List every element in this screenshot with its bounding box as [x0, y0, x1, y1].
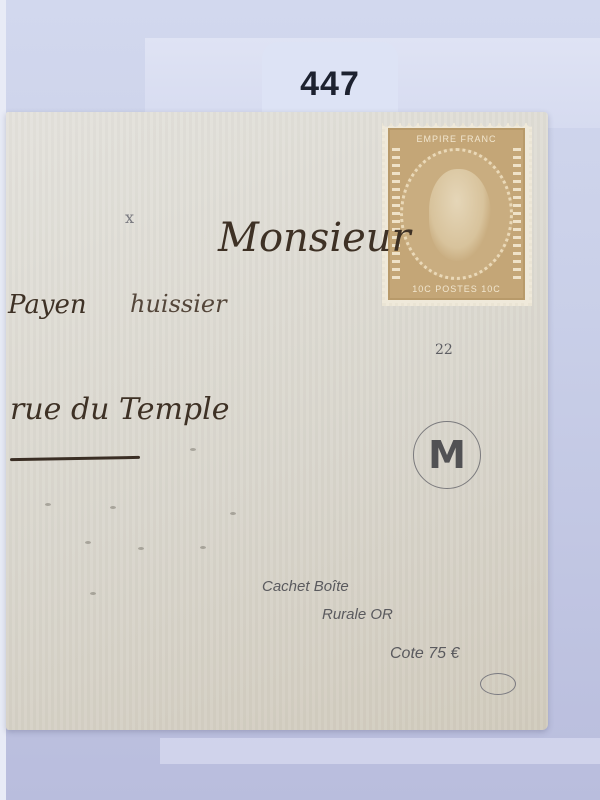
- stamp-bottom-inscription: 10C POSTES 10C: [404, 282, 509, 296]
- stamp-top-inscription: EMPIRE FRANC: [404, 132, 509, 146]
- pin-hole: [138, 547, 144, 550]
- pencil-note-line1: Cachet Boîte: [262, 578, 349, 595]
- lot-number: 447: [300, 65, 360, 104]
- pin-hole: [230, 512, 236, 515]
- pin-hole: [90, 592, 96, 595]
- pencil-x-mark: x: [125, 208, 134, 227]
- pin-hole: [85, 541, 91, 544]
- cachet-letter: M: [428, 433, 466, 477]
- address-street: rue du Temple: [10, 392, 229, 427]
- postage-stamp: EMPIRE FRANC 10C POSTES 10C: [388, 128, 525, 300]
- portrait-head-icon: [429, 169, 491, 261]
- stamp-medallion: [400, 148, 513, 280]
- pencil-note-line2: Rurale OR: [322, 606, 393, 623]
- pin-hole: [190, 448, 196, 451]
- pencil-number: 22: [435, 342, 453, 358]
- rural-box-cachet: M: [413, 421, 481, 489]
- salutation-text: Monsieur: [218, 215, 411, 261]
- sleeve-bottom-strip: [160, 738, 600, 764]
- pin-hole: [200, 546, 206, 549]
- pencil-note-line3: Cote 75 €: [390, 645, 459, 663]
- pin-hole: [110, 506, 116, 509]
- address-name-left: Payen: [8, 290, 87, 320]
- address-name-right: huissier: [130, 290, 227, 318]
- stamp-right-frame: [513, 148, 521, 280]
- pencil-circle-mark: [480, 673, 516, 695]
- pin-hole: [45, 503, 51, 506]
